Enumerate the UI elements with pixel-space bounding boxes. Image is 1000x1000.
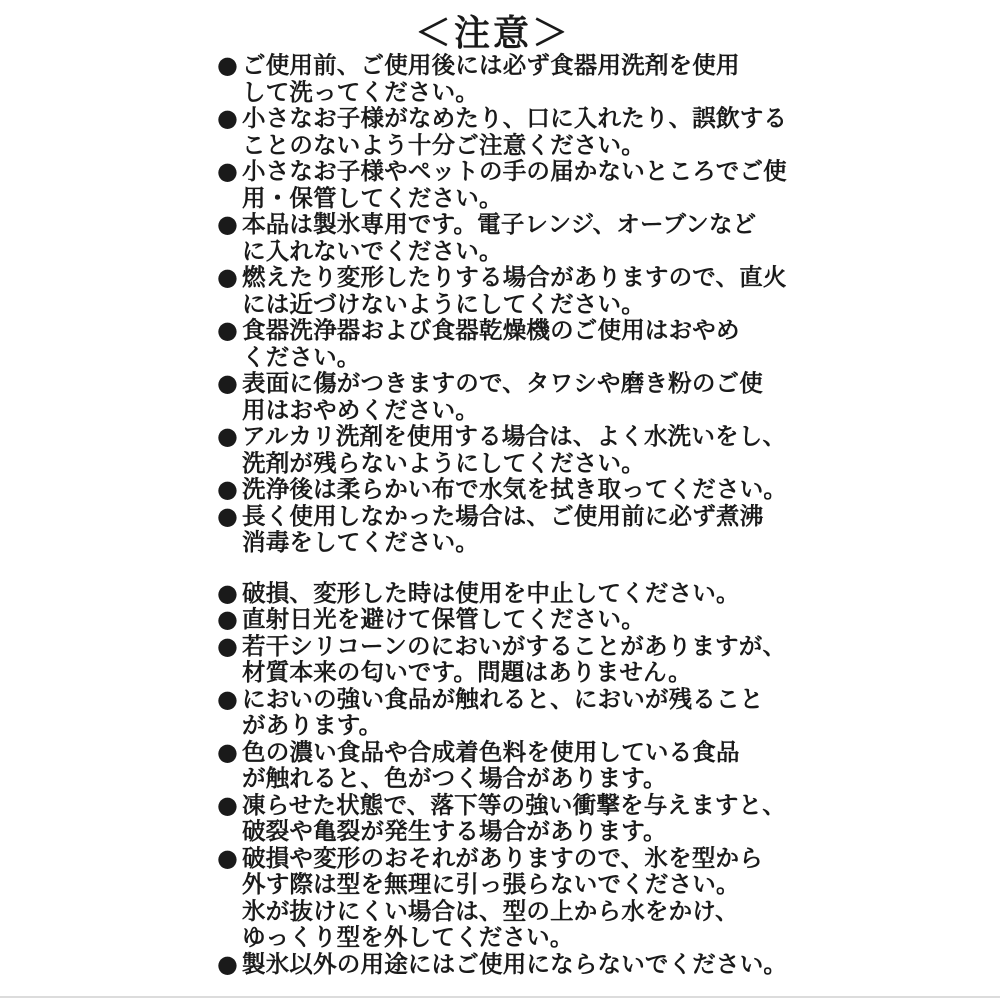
list-item: ●製氷以外の用途にはご使用にならないでください。 [217,951,783,978]
list-item: ●本品は製氷専用です。電子レンジ、オーブンなどに入れないでください。 [217,211,783,264]
item-line: 凍らせた状態で、落下等の強い衝撃を与えますと、 [242,792,786,819]
list-item: ●破損や変形のおそれがありますので、氷を型から外す際は型を無理に引っ張らないでく… [217,845,783,951]
list-item: ●小さなお子様がなめたり、口に入れたり、誤飲することのないよう十分ご注意ください… [217,105,783,158]
item-line: アルカリ洗剤を使用する場合は、よく水洗いをし、 [242,423,786,450]
item-line: 色の濃い食品や合成着色料を使用している食品 [242,739,783,766]
item-line: 破損、変形した時は使用を中止してください。 [242,580,783,607]
list-item: ●小さなお子様やペットの手の届かないところでご使用・保管してください。 [217,158,783,211]
item-line: があります。 [242,712,783,739]
item-line: 洗剤が残らないようにしてください。 [242,450,786,477]
bullet-icon: ● [217,606,242,633]
list-item: ●表面に傷がつきますので、タワシや磨き粉のご使用はおやめください。 [217,370,783,423]
item-line: に入れないでください。 [242,238,783,265]
item-line: 若干シリコーンのにおいがすることがありますが、 [242,633,786,660]
item-text: 小さなお子様やペットの手の届かないところでご使用・保管してください。 [242,158,787,211]
item-line: 食器洗浄器および食器乾燥機のご使用はおやめ [242,317,783,344]
item-line: ください。 [242,344,783,371]
bullet-icon: ● [217,739,242,766]
item-text: 食器洗浄器および食器乾燥機のご使用はおやめください。 [242,317,783,370]
bullet-icon: ● [217,423,242,450]
item-line: が触れると、色がつく場合があります。 [242,765,783,792]
bullet-icon: ● [217,503,242,530]
item-text: 表面に傷がつきますので、タワシや磨き粉のご使用はおやめください。 [242,370,783,423]
item-line: 洗浄後は柔らかい布で水気を拭き取ってください。 [242,476,787,503]
item-line: 小さなお子様やペットの手の届かないところでご使 [242,158,787,185]
item-line: 直射日光を避けて保管してください。 [242,606,783,633]
item-line: 燃えたり変形したりする場合がありますので、直火 [242,264,787,291]
list-item: ●若干シリコーンのにおいがすることがありますが、材質本来の匂いです。問題はありま… [217,633,783,686]
item-line: ゆっくり型を外してください。 [242,924,783,951]
notice-group: ●破損、変形した時は使用を中止してください。●直射日光を避けて保管してください。… [217,580,783,978]
item-text: においの強い食品が触れると、においが残ることがあります。 [242,686,783,739]
item-text: 本品は製氷専用です。電子レンジ、オーブンなどに入れないでください。 [242,211,783,264]
list-item: ●色の濃い食品や合成着色料を使用している食品が触れると、色がつく場合があります。 [217,739,783,792]
item-line: 表面に傷がつきますので、タワシや磨き粉のご使 [242,370,783,397]
bullet-icon: ● [217,633,242,660]
list-item: ●長く使用しなかった場合は、ご使用前に必ず煮沸消毒をしてください。 [217,503,783,556]
item-line: 用はおやめください。 [242,397,783,424]
notice-group: ●ご使用前、ご使用後には必ず食器用洗剤を使用して洗ってください。●小さなお子様が… [217,52,783,556]
bullet-icon: ● [217,792,242,819]
item-text: 洗浄後は柔らかい布で水気を拭き取ってください。 [242,476,787,503]
caution-label-page: ＜注意＞ ●ご使用前、ご使用後には必ず食器用洗剤を使用して洗ってください。●小さ… [0,0,1000,1000]
item-line: 材質本来の匂いです。問題はありません。 [242,659,786,686]
list-item: ●破損、変形した時は使用を中止してください。 [217,580,783,607]
item-text: 製氷以外の用途にはご使用にならないでください。 [242,951,787,978]
bullet-icon: ● [217,317,242,344]
item-line: 破裂や亀裂が発生する場合があります。 [242,818,786,845]
item-line: 小さなお子様がなめたり、口に入れたり、誤飲する [242,105,787,132]
list-item: ●ご使用前、ご使用後には必ず食器用洗剤を使用して洗ってください。 [217,52,783,105]
item-line: には近づけないようにしてください。 [242,291,787,318]
bullet-icon: ● [217,476,242,503]
list-item: ●洗浄後は柔らかい布で水気を拭き取ってください。 [217,476,783,503]
item-line: 外す際は型を無理に引っ張らないでください。 [242,871,783,898]
list-item: ●食器洗浄器および食器乾燥機のご使用はおやめください。 [217,317,783,370]
item-line: 氷が抜けにくい場合は、型の上から水をかけ、 [242,898,783,925]
notice-list: ●ご使用前、ご使用後には必ず食器用洗剤を使用して洗ってください。●小さなお子様が… [217,52,783,977]
item-line: 製氷以外の用途にはご使用にならないでください。 [242,951,787,978]
item-line: においの強い食品が触れると、においが残ること [242,686,783,713]
list-item: ●燃えたり変形したりする場合がありますので、直火には近づけないようにしてください… [217,264,783,317]
bullet-icon: ● [217,105,242,132]
item-text: 色の濃い食品や合成着色料を使用している食品が触れると、色がつく場合があります。 [242,739,783,792]
item-text: 破損や変形のおそれがありますので、氷を型から外す際は型を無理に引っ張らないでくだ… [242,845,783,951]
bullet-icon: ● [217,52,242,79]
item-line: ことのないよう十分ご注意ください。 [242,132,787,159]
bullet-icon: ● [217,211,242,238]
bullet-icon: ● [217,370,242,397]
page-title: ＜注意＞ [215,5,771,56]
list-item: ●直射日光を避けて保管してください。 [217,606,783,633]
list-item: ●凍らせた状態で、落下等の強い衝撃を与えますと、破裂や亀裂が発生する場合がありま… [217,792,783,845]
item-text: 破損、変形した時は使用を中止してください。 [242,580,783,607]
item-text: 長く使用しなかった場合は、ご使用前に必ず煮沸消毒をしてください。 [242,503,783,556]
item-text: 凍らせた状態で、落下等の強い衝撃を与えますと、破裂や亀裂が発生する場合があります… [242,792,786,845]
item-line: 本品は製氷専用です。電子レンジ、オーブンなど [242,211,783,238]
item-text: 小さなお子様がなめたり、口に入れたり、誤飲することのないよう十分ご注意ください。 [242,105,787,158]
item-line: ご使用前、ご使用後には必ず食器用洗剤を使用 [242,52,783,79]
item-text: ご使用前、ご使用後には必ず食器用洗剤を使用して洗ってください。 [242,52,783,105]
item-text: アルカリ洗剤を使用する場合は、よく水洗いをし、洗剤が残らないようにしてください。 [242,423,786,476]
bullet-icon: ● [217,158,242,185]
bullet-icon: ● [217,951,242,978]
list-item: ●アルカリ洗剤を使用する場合は、よく水洗いをし、洗剤が残らないようにしてください… [217,423,783,476]
item-text: 直射日光を避けて保管してください。 [242,606,783,633]
bullet-icon: ● [217,845,242,872]
bullet-icon: ● [217,686,242,713]
list-item: ●においの強い食品が触れると、においが残ることがあります。 [217,686,783,739]
item-line: 長く使用しなかった場合は、ご使用前に必ず煮沸 [242,503,783,530]
item-line: 用・保管してください。 [242,185,787,212]
item-line: 破損や変形のおそれがありますので、氷を型から [242,845,783,872]
bullet-icon: ● [217,264,242,291]
bottom-divider [0,996,1000,998]
item-line: して洗ってください。 [242,79,783,106]
item-text: 若干シリコーンのにおいがすることがありますが、材質本来の匂いです。問題はありませ… [242,633,786,686]
bullet-icon: ● [217,580,242,607]
item-text: 燃えたり変形したりする場合がありますので、直火には近づけないようにしてください。 [242,264,787,317]
item-line: 消毒をしてください。 [242,529,783,556]
